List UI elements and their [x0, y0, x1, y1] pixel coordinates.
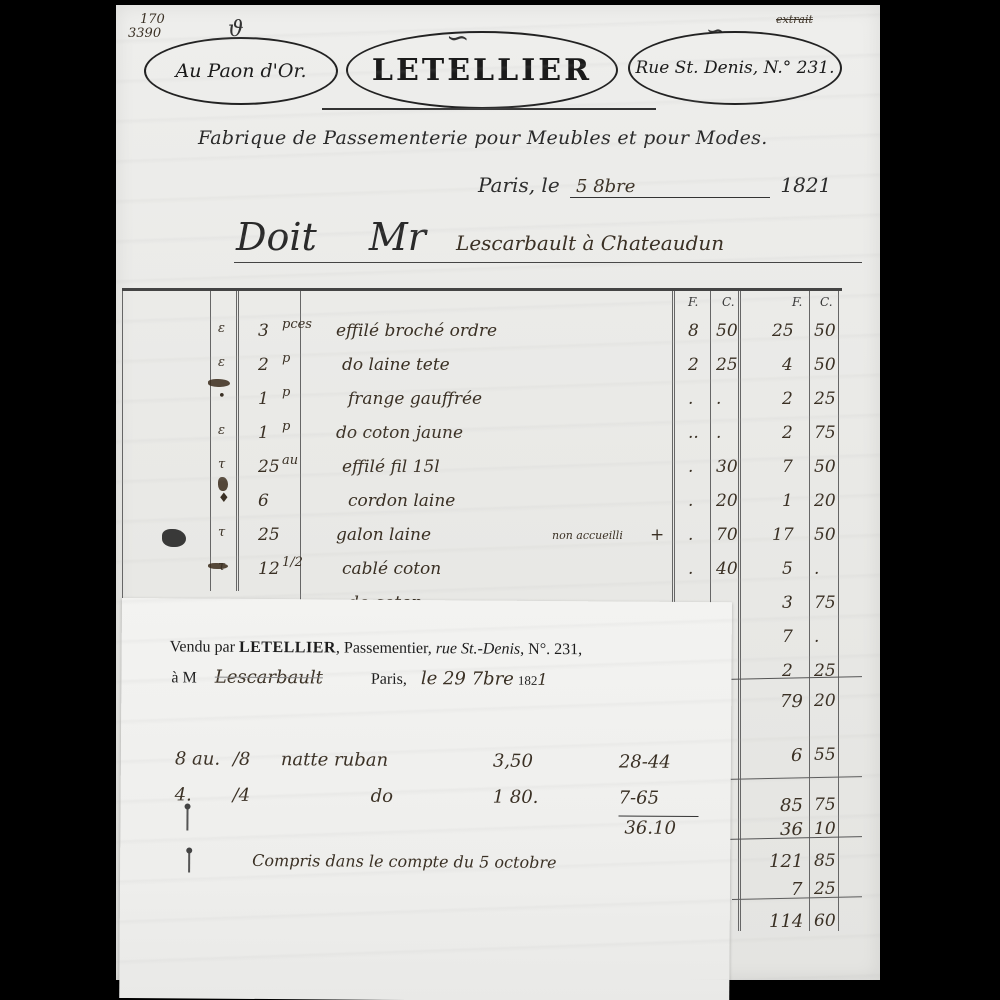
- row-total-centimes: 20: [814, 491, 836, 511]
- row-total-centimes: .: [814, 559, 819, 579]
- margin-mark: ɛ: [218, 423, 225, 438]
- shop-sign-text: Au Paon d'Or.: [176, 60, 307, 82]
- total-rule: [722, 776, 862, 780]
- row-total-francs: 2: [782, 423, 793, 443]
- header-divider: [322, 108, 656, 110]
- row-unit-centimes: 70: [716, 525, 738, 545]
- header-total-francs: F.: [792, 295, 802, 309]
- slip-sold-by-label: Vendu par: [170, 638, 235, 655]
- row-item: frange gauffrée: [348, 389, 482, 409]
- slip-line-quantity: 8 au.: [175, 748, 220, 769]
- row-item: effilé broché ordre: [336, 321, 497, 341]
- subtotal-centimes: 75: [814, 795, 836, 815]
- business-tagline: Fabrique de Passementerie pour Meubles e…: [198, 127, 768, 149]
- row-quantity: 3: [258, 321, 269, 341]
- slip-line-amount: 28-44: [619, 751, 671, 772]
- invoice-date-line: Paris, le 5 8bre 1821: [478, 173, 831, 198]
- row-unit: pces: [282, 317, 312, 332]
- slip-line-rate: /8: [233, 749, 251, 770]
- table-row: τ121/2cablé coton.405.: [122, 555, 842, 589]
- slip-year-printed: 182: [518, 673, 538, 688]
- row-quantity: 6: [258, 491, 269, 511]
- row-unit: p: [282, 385, 290, 400]
- row-unit: p: [282, 351, 290, 366]
- row-total-francs: 2: [782, 389, 793, 409]
- table-row: ε3pceseffilé broché ordre8502550: [122, 317, 842, 351]
- slip-customer-name: Lescarbault: [215, 667, 323, 689]
- row-unit-centimes: 30: [716, 457, 738, 477]
- subtotal-centimes: 20: [814, 691, 836, 711]
- row-total-francs: 5: [782, 559, 793, 579]
- merchant-name: LETELLIER: [372, 53, 592, 88]
- slip-line-amount: 7-65: [619, 787, 660, 808]
- row-quantity: 2: [258, 355, 269, 375]
- row-total-centimes: 50: [814, 457, 836, 477]
- row-unit-francs: ..: [688, 423, 699, 443]
- row-item: cablé coton: [342, 559, 441, 579]
- row-total-centimes: 25: [814, 389, 836, 409]
- invoice-paper: 170 3390 extrait ϑ Au Paon d'Or. ∽ LETEL…: [116, 5, 880, 980]
- slip-street: rue St.-Denis: [436, 640, 521, 658]
- slip-date: le 29 7bre: [421, 668, 514, 690]
- subtotal-centimes: 85: [814, 851, 836, 871]
- slip-line-price: 3,50: [493, 751, 533, 772]
- slip-line-quantity: 4.: [175, 784, 192, 805]
- slip-city: Paris,: [371, 671, 407, 688]
- row-item: do coton jaune: [336, 423, 463, 443]
- table-row: ɛ1pdo coton jaune...275: [122, 419, 842, 453]
- header-unit-francs: F.: [688, 295, 698, 309]
- slip-total: 36.10: [624, 818, 676, 839]
- margin-mark: τ: [218, 559, 225, 574]
- row-unit-centimes: 40: [716, 559, 738, 579]
- receipt-slip: Vendu par LETELLIER, Passementier, rue S…: [119, 598, 732, 1000]
- subtotal-francs: 79: [780, 691, 803, 712]
- row-total-francs: 3: [782, 593, 793, 613]
- row-unit-francs: .: [688, 559, 693, 579]
- slip-street-number: , N°. 231,: [520, 641, 582, 658]
- archive-marks: 170 3390: [128, 13, 165, 41]
- subtotal-centimes: 55: [814, 745, 836, 765]
- row-total-centimes: .: [814, 627, 819, 647]
- margin-mark: ε: [218, 355, 225, 370]
- date-prefix: Paris, le: [478, 173, 560, 197]
- row-unit-centimes: .: [716, 389, 721, 409]
- row-quantity: 25: [258, 525, 280, 545]
- margin-mark: •: [218, 389, 226, 404]
- row-total-centimes: 50: [814, 355, 836, 375]
- subtotal-francs: 121: [769, 851, 803, 872]
- row-total-centimes: 75: [814, 423, 836, 443]
- table-row: τ25aueffilé fil 15l.30750: [122, 453, 842, 487]
- row-unit: 1/2: [282, 555, 303, 570]
- address-text: Rue St. Denis, N.° 231.: [635, 58, 834, 78]
- row-item: effilé fil 15l: [342, 457, 440, 477]
- margin-mark: ε: [218, 321, 225, 336]
- row-unit-francs: .: [688, 491, 693, 511]
- row-unit-francs: .: [688, 525, 693, 545]
- address-cartouche: Rue St. Denis, N.° 231.: [628, 31, 842, 105]
- table-row: ε2pdo laine tete225450: [122, 351, 842, 385]
- merchant-name-cartouche: LETELLIER: [346, 31, 618, 109]
- row-quantity: 1: [258, 423, 269, 443]
- row-unit-francs: 2: [688, 355, 699, 375]
- margin-mark: τ: [218, 525, 225, 540]
- subtotal-centimes: 60: [814, 911, 836, 931]
- slip-customer-line: à M Lescarbault Paris, le 29 7bre 1821: [171, 666, 547, 690]
- header-total-centimes: C.: [820, 295, 833, 309]
- row-item: do laine tete: [342, 355, 450, 375]
- row-unit-centimes: 20: [716, 491, 738, 511]
- row-quantity: 1: [258, 389, 269, 409]
- subtotal-francs: 114: [769, 911, 803, 932]
- slip-line-rate: /4: [233, 785, 251, 806]
- slip-trade: , Passementier,: [336, 639, 432, 657]
- row-item: galon laine: [336, 525, 431, 545]
- slip-line-item: natte ruban: [281, 749, 388, 771]
- row-quantity: 12: [258, 559, 280, 579]
- shop-sign-cartouche: Au Paon d'Or.: [144, 37, 338, 105]
- slip-line-price: 1 80.: [493, 787, 539, 808]
- date-handwritten: 5 8bre: [576, 176, 635, 197]
- row-unit-francs: 8: [688, 321, 699, 341]
- row-unit-centimes: .: [716, 423, 721, 443]
- row-unit-centimes: 25: [716, 355, 738, 375]
- row-quantity: 25: [258, 457, 280, 477]
- header-unit-centimes: C.: [722, 295, 735, 309]
- subtotal-francs: 6: [791, 745, 802, 766]
- row-total-francs: 7: [782, 457, 793, 477]
- slip-year-digit: 1: [537, 670, 547, 689]
- row-total-francs: 25: [772, 321, 794, 341]
- debtor-underline: [234, 262, 862, 263]
- row-total-centimes: 75: [814, 593, 836, 613]
- row-total-francs: 4: [782, 355, 793, 375]
- slip-merchant-name: LETELLIER: [239, 639, 336, 657]
- row-total-centimes: 50: [814, 525, 836, 545]
- row-total-francs: 7: [782, 627, 793, 647]
- debtor-title: Mr: [369, 215, 426, 259]
- margin-mark: ♦: [218, 491, 230, 506]
- row-total-centimes: 50: [814, 321, 836, 341]
- margin-mark: τ: [218, 457, 225, 472]
- archive-mark-2: 3390: [128, 27, 165, 41]
- table-row: •1pfrange gauffrée..225: [122, 385, 842, 419]
- row-unit-francs: .: [688, 389, 693, 409]
- slip-footnote: Compris dans le compte du 5 octobre: [252, 851, 556, 872]
- slip-printed-header: Vendu par LETELLIER, Passementier, rue S…: [170, 638, 583, 659]
- row-unit: au: [282, 453, 298, 468]
- row-total-francs: 1: [782, 491, 793, 511]
- row-note: non accueilli: [552, 529, 623, 542]
- pin: [188, 850, 190, 872]
- archive-mark-1: 170: [128, 13, 165, 27]
- date-field: 5 8bre: [570, 173, 770, 198]
- row-mark: +: [650, 525, 664, 545]
- slip-to-label: à M: [171, 669, 196, 686]
- debtor-name: Lescarbault à Chateaudun: [456, 231, 724, 255]
- date-year: 1821: [780, 173, 831, 197]
- row-unit: p: [282, 419, 290, 434]
- row-total-francs: 17: [772, 525, 794, 545]
- pin: [186, 806, 188, 830]
- slip-line-item: do: [371, 786, 394, 807]
- row-item: cordon laine: [348, 491, 455, 511]
- table-row: ♦6cordon laine.20120: [122, 487, 842, 521]
- table-row: τ25galon lainenon accueilli+.701750: [122, 521, 842, 555]
- debtor-prefix: Doit: [236, 215, 317, 259]
- subtotal-francs: 85: [780, 795, 803, 816]
- corner-note: extrait: [776, 13, 813, 26]
- debtor-line: Doit Mr Lescarbault à Chateaudun: [236, 215, 724, 259]
- row-unit-francs: .: [688, 457, 693, 477]
- row-unit-centimes: 50: [716, 321, 738, 341]
